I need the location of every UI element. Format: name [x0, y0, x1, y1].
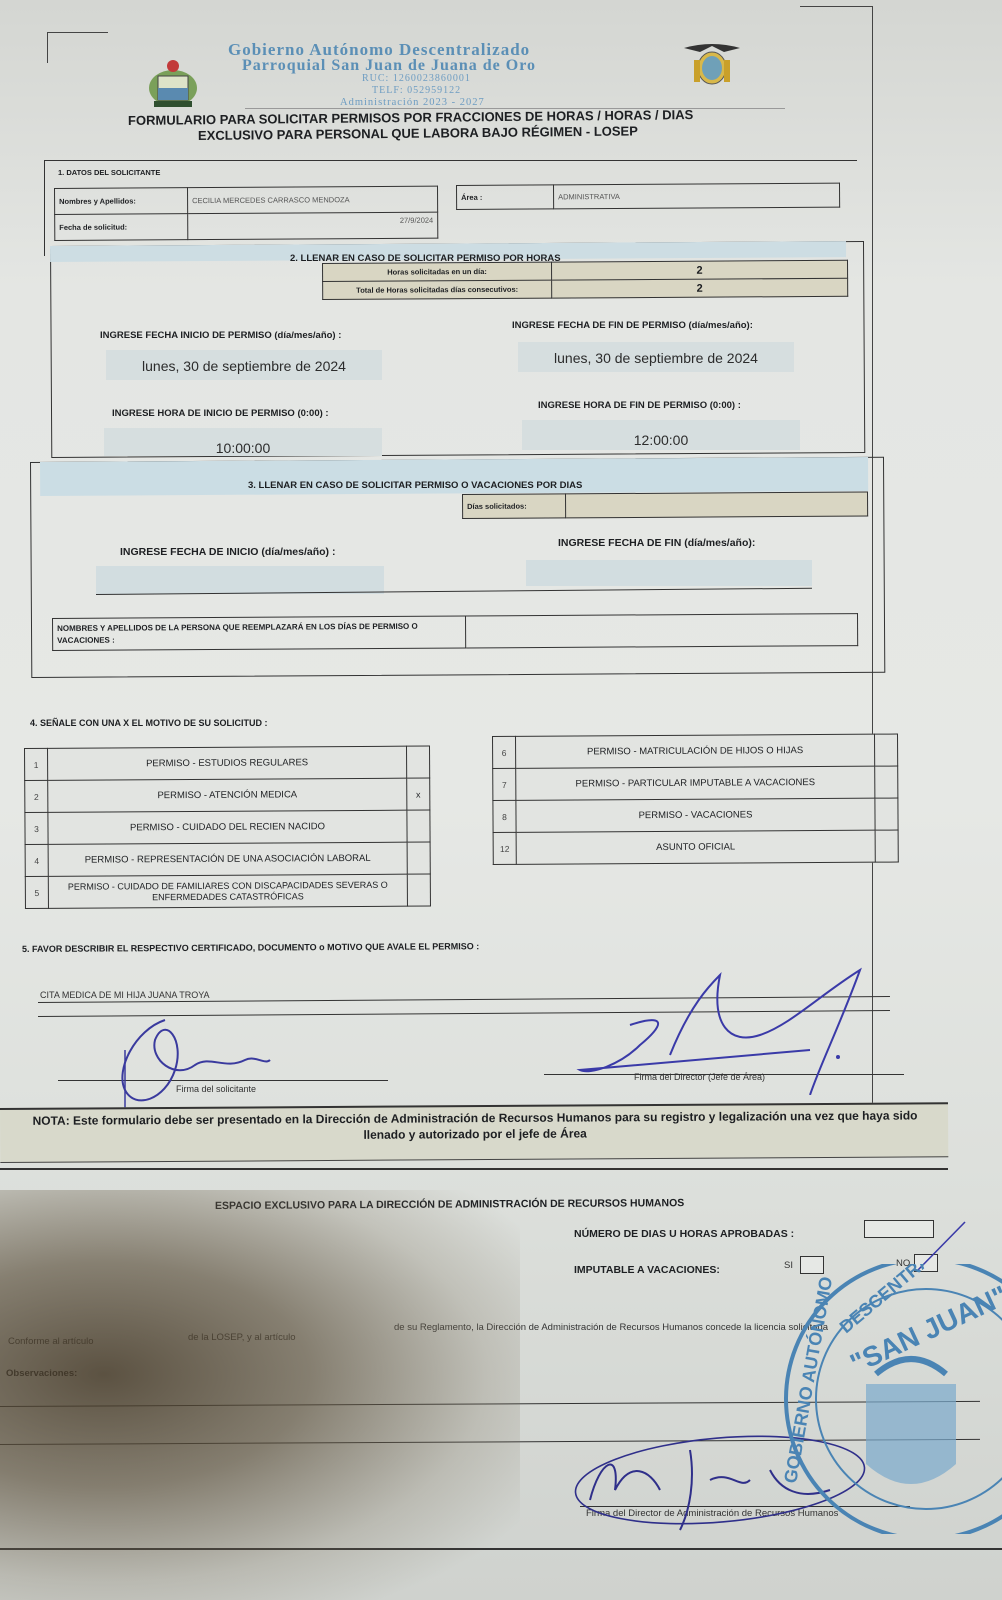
total-hours-label: Total de Horas solicitadas días consecut… [323, 280, 552, 299]
administration-period: Administración 2023 - 2027 [340, 97, 485, 108]
hours-per-day-label: Horas solicitadas en un día: [323, 262, 552, 281]
name-field[interactable]: CECILIA MERCEDES CARRASCO MENDOZA [188, 186, 438, 214]
reason-number: 12 [493, 832, 516, 864]
reason-table-left: 1PERMISO - ESTUDIOS REGULARES2PERMISO - … [24, 746, 431, 909]
reason-label: PERMISO - ESTUDIOS REGULARES [48, 746, 407, 780]
applicant-signature-icon [105, 1010, 275, 1120]
reason-checkbox[interactable] [407, 842, 430, 874]
area-field[interactable]: ADMINISTRATIVA [554, 183, 840, 209]
reason-checkbox[interactable] [406, 746, 429, 778]
reason-number: 3 [25, 812, 48, 844]
reason-row: 1PERMISO - ESTUDIOS REGULARES [25, 746, 430, 780]
reason-checkbox[interactable] [875, 798, 898, 830]
reason-label: ASUNTO OFICIAL [516, 830, 875, 864]
observations-label: Observaciones: [6, 1368, 77, 1379]
days-requested-label: Días solicitados: [463, 494, 566, 519]
reason-row: 5PERMISO - CUIDADO DE FAMILIARES CON DIS… [25, 874, 430, 908]
end-time-field[interactable]: 12:00:00 [522, 420, 800, 450]
end-date-field[interactable]: lunes, 30 de septiembre de 2024 [518, 342, 794, 372]
section3-title: 3. LLENAR EN CASO DE SOLICITAR PERMISO O… [248, 480, 582, 491]
end-date-label: INGRESE FECHA DE FIN DE PERMISO (día/mes… [512, 320, 753, 331]
reason-table-right: 6PERMISO - MATRICULACIÓN DE HIJOS O HIJA… [492, 734, 899, 865]
reason-checkbox[interactable] [407, 874, 430, 906]
reason-row: 12ASUNTO OFICIAL [493, 830, 898, 864]
reason-row: 8PERMISO - VACACIONES [493, 798, 898, 832]
reason-description-field[interactable]: CITA MEDICA DE MI HIJA JUANA TROYA [40, 990, 210, 1000]
reason-number: 2 [25, 780, 48, 812]
section1-title: 1. DATOS DEL SOLICITANTE [58, 168, 160, 177]
replacement-table: NOMBRES Y APELLIDOS DE LA PERSONA QUE RE… [52, 613, 858, 651]
days-end-label: INGRESE FECHA DE FIN (día/mes/año): [558, 537, 755, 549]
start-date-field[interactable]: lunes, 30 de septiembre de 2024 [106, 350, 382, 380]
page-bottom-border [0, 1548, 1002, 1550]
official-stamp-icon: DESCENTRALIZADO "SAN JUAN" GOBIERNO AUTÓ… [776, 1264, 1002, 1534]
days-end-field[interactable] [526, 560, 812, 586]
start-time-field[interactable]: 10:00:00 [104, 428, 382, 456]
start-date-label: INGRESE FECHA INICIO DE PERMISO (día/mes… [100, 330, 341, 341]
conforme-text-3: de su Reglamento, la Dirección de Admini… [394, 1322, 828, 1333]
hours-table: Horas solicitadas en un día: 2 Total de … [322, 260, 848, 300]
reason-checkbox[interactable]: x [407, 778, 430, 810]
reason-checkbox[interactable] [875, 766, 898, 798]
reason-label: PERMISO - REPRESENTACIÓN DE UNA ASOCIACI… [48, 842, 407, 876]
reason-label: PERMISO - CUIDADO DE FAMILIARES CON DISC… [48, 874, 407, 908]
reason-label: PERMISO - CUIDADO DEL RECIEN NACIDO [48, 810, 407, 844]
name-label: Nombres y Apellidos: [55, 188, 188, 215]
reason-checkbox[interactable] [874, 734, 897, 766]
end-time-label: INGRESE HORA DE FIN DE PERMISO (0:00) : [538, 400, 741, 411]
reason-row: 2PERMISO - ATENCIÓN MEDICAx [25, 778, 430, 812]
page-corner-mark [47, 32, 108, 63]
note-text: NOTA: Este formulario debe ser presentad… [10, 1107, 940, 1145]
reason-number: 6 [493, 736, 516, 768]
total-hours-field[interactable]: 2 [552, 278, 848, 298]
reason-row: 3PERMISO - CUIDADO DEL RECIEN NACIDO [25, 810, 430, 844]
reason-number: 5 [25, 876, 48, 908]
days-start-label: INGRESE FECHA DE INICIO (día/mes/año) : [120, 546, 335, 558]
reason-checkbox[interactable] [407, 810, 430, 842]
replacement-field[interactable] [465, 614, 857, 648]
vacation-label: IMPUTABLE A VACACIONES: [574, 1264, 720, 1276]
reason-row: 6PERMISO - MATRICULACIÓN DE HIJOS O HIJA… [493, 734, 898, 768]
days-requested-field[interactable] [566, 492, 868, 518]
reason-label: PERMISO - ATENCIÓN MEDICA [48, 778, 407, 812]
replacement-label: NOMBRES Y APELLIDOS DE LA PERSONA QUE RE… [53, 616, 466, 651]
reason-label: PERMISO - VACACIONES [516, 798, 875, 832]
request-date-field[interactable]: 27/9/2024 [188, 212, 438, 240]
approved-label: NÚMERO DE DIAS U HORAS APROBADAS : [574, 1228, 794, 1240]
section4-title: 4. SEÑALE CON UNA X EL MOTIVO DE SU SOLI… [30, 718, 268, 728]
conforme-text-1: Conforme al artículo [8, 1336, 94, 1347]
reason-row: 7PERMISO - PARTICULAR IMPUTABLE A VACACI… [493, 766, 898, 800]
phone-number: TELF: 052959122 [372, 85, 461, 96]
days-table: Días solicitados: [462, 492, 868, 519]
reason-number: 7 [493, 768, 516, 800]
applicant-table: Nombres y Apellidos: CECILIA MERCEDES CA… [54, 186, 438, 241]
reason-label: PERMISO - MATRICULACIÓN DE HIJOS O HIJAS [516, 734, 875, 768]
director-signature-icon [570, 965, 870, 1095]
hours-per-day-field[interactable]: 2 [551, 260, 847, 280]
conforme-text-2: de la LOSEP, y al artículo [188, 1332, 296, 1343]
reason-label: PERMISO - PARTICULAR IMPUTABLE A VACACIO… [516, 766, 875, 800]
reason-checkbox[interactable] [875, 830, 898, 862]
parish-coat-of-arms-icon [140, 58, 206, 110]
reason-number: 4 [25, 844, 48, 876]
ecuador-coat-of-arms-icon [680, 40, 744, 90]
reason-number: 8 [493, 800, 516, 832]
area-table: Área : ADMINISTRATIVA [456, 183, 840, 210]
reason-number: 1 [25, 748, 48, 780]
reason-row: 4PERMISO - REPRESENTACIÓN DE UNA ASOCIAC… [25, 842, 430, 876]
start-time-label: INGRESE HORA DE INICIO DE PERMISO (0:00)… [112, 408, 329, 419]
area-label: Área : [457, 185, 554, 210]
date-label: Fecha de solicitud: [55, 214, 188, 241]
ruc-number: RUC: 1260023860001 [362, 73, 471, 84]
days-start-field[interactable] [96, 566, 384, 594]
